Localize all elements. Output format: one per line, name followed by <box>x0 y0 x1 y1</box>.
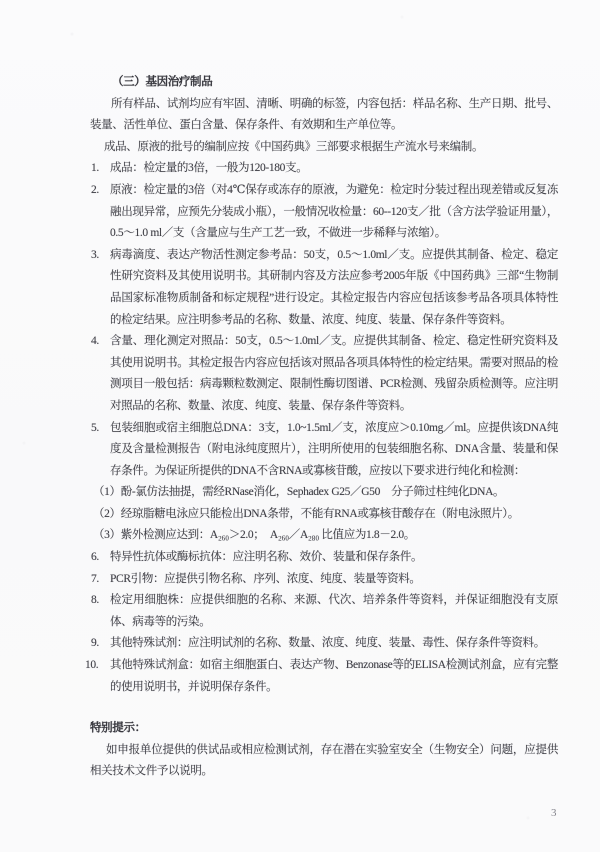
list-item-text: 含量、理化测定对照品：50支，0.5～1.0ml／支。应提供其制备、检定、稳定性… <box>110 335 558 412</box>
sub-item-2: （2）经琼脂糖电泳应只能检出DNA条带，不能有RNA或寡核苷酸存在（附电泳照片）… <box>90 504 558 526</box>
scanned-document-page: （三）基因治疗制品 所有样品、试剂均应有牢固、清晰、明确的标签，内容包括：样品名… <box>0 0 600 852</box>
list-item-text: 其他特殊试剂：应注明试剂的名称、数量、浓度、纯度、装量、毒性、保存条件等资料。 <box>110 637 545 649</box>
page-number: 3 <box>551 807 557 819</box>
special-note-heading: 特别提示： <box>90 718 558 740</box>
list-item-number: 4. <box>91 331 111 353</box>
list-item-10: 10.其他特殊试剂盒：如宿主细胞蛋白、表达产物、Benzonase等的ELISA… <box>90 655 558 698</box>
list-item-text: 检定用细胞株：应提供细胞的名称、来源、代次、培养条件等资料，并保证细胞没有支原体… <box>110 594 558 628</box>
document-body: （三）基因治疗制品 所有样品、试剂均应有牢固、清晰、明确的标签，内容包括：样品名… <box>90 72 558 783</box>
list-item-3: 3.病毒滴度、表达产物活性测定参考品：50支，0.5～1.0ml／支。应提供其制… <box>90 245 558 331</box>
list-item-4: 4.含量、理化测定对照品：50支，0.5～1.0ml／支。应提供其制备、检定、稳… <box>90 331 558 417</box>
list-item-text: 病毒滴度、表达产物活性测定参考品：50支，0.5～1.0ml／支。应提供其制备、… <box>110 249 558 326</box>
list-item-number: 8. <box>91 590 111 612</box>
list-item-text: 特异性抗体或酶标抗体：应注明名称、效价、装量和保存条件。 <box>110 551 422 563</box>
list-item-1: 1.成品：检定量的3倍，一般为120-180支。 <box>90 158 558 180</box>
sub-item-1: （1）酚-氯仿法抽提，需经RNase消化，Sephadex G25／G50 分子… <box>90 482 558 504</box>
list-item-text: PCR引物：应提供引物名称、序列、浓度、纯度、装量等资料。 <box>110 573 421 585</box>
sub-item-number: （3） <box>93 529 121 541</box>
list-item-text: 原液：检定量的3倍（对4℃保存或冻存的原液，为避免：检定时分装过程出现差错或反复… <box>110 184 558 239</box>
list-item-8: 8.检定用细胞株：应提供细胞的名称、来源、代次、培养条件等资料，并保证细胞没有支… <box>90 590 558 633</box>
list-item-text: 其他特殊试剂盒：如宿主细胞蛋白、表达产物、Benzonase等的ELISA检测试… <box>110 659 558 693</box>
list-item-number: 10. <box>85 655 105 677</box>
sub-item-number: （1） <box>93 486 121 498</box>
section-heading: （三）基因治疗制品 <box>90 72 558 94</box>
list-item-9: 9.其他特殊试剂：应注明试剂的名称、数量、浓度、纯度、装量、毒性、保存条件等资料… <box>90 633 558 655</box>
list-item-number: 3. <box>91 245 111 267</box>
list-item-number: 1. <box>91 158 111 180</box>
list-item-2: 2.原液：检定量的3倍（对4℃保存或冻存的原液，为避免：检定时分装过程出现差错或… <box>90 180 558 245</box>
list-item-5: 5.包装细胞或宿主细胞总DNA：3支，1.0~1.5ml／支，浓度应＞0.10m… <box>90 418 558 483</box>
sub-item-number: （2） <box>93 508 121 520</box>
sub-item-text: 经琼脂糖电泳应只能检出DNA条带，不能有RNA或寡核苷酸存在（附电泳照片）。 <box>121 508 519 520</box>
special-note-paragraph: 如申报单位提供的供试品或相应检测试剂，存在潜在实验室安全（生物安全）问题，应提供… <box>90 740 558 783</box>
list-item-text: 包装细胞或宿主细胞总DNA：3支，1.0~1.5ml／支，浓度应＞0.10mg／… <box>110 422 558 477</box>
intro-paragraph-labels: 所有样品、试剂均应有牢固、清晰、明确的标签，内容包括：样品名称、生产日期、批号、… <box>90 94 558 137</box>
list-item-text: 成品：检定量的3倍，一般为120-180支。 <box>110 162 307 174</box>
list-item-6: 6.特异性抗体或酶标抗体：应注明名称、效价、装量和保存条件。 <box>90 547 558 569</box>
sub-item-3: （3）紫外检测应达到：A₂₆₀＞2.0； A₂₆₀／A₂₈₀ 比值应为1.8－2… <box>90 525 558 547</box>
intro-paragraph-batch-number: 成品、原液的批号的编制应按《中国药典》三部要求根据生产流水号来编制。 <box>90 137 558 159</box>
list-item-number: 5. <box>91 418 111 440</box>
sub-item-text: 酚-氯仿法抽提，需经RNase消化，Sephadex G25／G50 分子筛过柱… <box>121 486 505 498</box>
list-item-number: 6. <box>91 547 111 569</box>
sub-item-text: 紫外检测应达到：A₂₆₀＞2.0； A₂₆₀／A₂₈₀ 比值应为1.8－2.0。 <box>121 529 415 541</box>
list-item-number: 7. <box>91 569 111 591</box>
list-item-number: 2. <box>91 180 111 202</box>
list-item-number: 9. <box>91 633 111 655</box>
list-item-7: 7.PCR引物：应提供引物名称、序列、浓度、纯度、装量等资料。 <box>90 569 558 591</box>
